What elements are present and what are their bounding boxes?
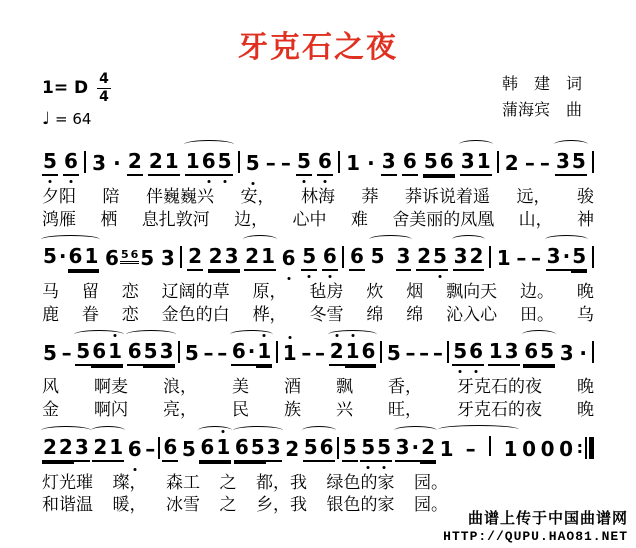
note-char: 1 — [488, 341, 504, 366]
duration-dash: – — [315, 343, 325, 366]
lyric-segment: 夕阳 — [42, 186, 76, 208]
lyric-segment: 乌 — [577, 304, 594, 326]
note-char: 5 — [75, 341, 91, 366]
octave-dot-above — [335, 334, 338, 337]
lyric-segment: 飘向天 — [446, 281, 497, 303]
tempo-value: = 64 — [55, 110, 91, 128]
note-group: 5 — [184, 343, 200, 366]
note-group: 6 — [322, 246, 338, 271]
slur-arc — [545, 235, 588, 244]
octave-dot-below — [287, 277, 290, 280]
lyric-segment: 牙克石的夜 — [457, 399, 542, 421]
duration-dash: – — [217, 343, 227, 366]
note-char: 5 — [342, 437, 358, 462]
note-group: 21 — [92, 437, 124, 462]
barline — [276, 341, 278, 363]
duration-dash: – — [516, 248, 526, 271]
lyric-segment: 金 — [42, 399, 59, 421]
page-title: 牙克石之夜 — [0, 22, 636, 66]
note-group: · — [112, 153, 122, 176]
lyric-segment: 安， — [241, 186, 275, 208]
barline — [158, 437, 160, 459]
note-char: 6 — [127, 439, 143, 462]
note-group: 1 — [282, 343, 298, 366]
duration-dash: – — [266, 153, 276, 176]
note-group: 6 — [63, 151, 79, 176]
note-char: 0 — [540, 439, 556, 462]
note-group: 561 — [75, 341, 123, 366]
note-char: 2 — [420, 437, 436, 462]
lyric-segment: 恋 — [122, 304, 139, 326]
note-group: 3 — [160, 248, 176, 271]
lyric-segment: 烟 — [406, 281, 423, 303]
lyric-segment: 和谐温 — [42, 494, 93, 516]
lyric-segment: 莽诉说着遥 — [405, 186, 490, 208]
slur-arc — [459, 140, 493, 149]
lyric-segment: 族 — [284, 399, 301, 421]
note-char: · — [112, 153, 122, 176]
note-group: 653 — [234, 437, 282, 462]
note-char: 1 — [256, 341, 272, 366]
time-signature: 4 4 — [97, 72, 111, 104]
note-char: 6 — [402, 151, 418, 176]
slur-arc — [302, 426, 336, 435]
note-group: 653 — [127, 341, 175, 366]
note-char: 5 — [184, 343, 200, 366]
lyric-segment: 桦， — [253, 304, 287, 326]
notation-row: 563·2211655––561·3656312––35 — [40, 137, 596, 186]
note-group: 165 — [185, 151, 233, 176]
octave-dot-above — [288, 336, 291, 339]
note-char: 2 — [187, 246, 203, 271]
lyric-segment: 金色的白 — [162, 304, 230, 326]
slur-arc — [243, 235, 277, 244]
note-char: 5 — [303, 437, 319, 462]
note-char: 2 — [244, 246, 260, 271]
note-group: 53 — [370, 246, 412, 271]
note-char: 6 — [68, 246, 84, 271]
note-char: 2 — [416, 246, 432, 271]
header: 1= D 4 4 ♩= 64 韩 建 词 蒲海宾 曲 — [0, 66, 636, 129]
notation-row: 5·61656532232165665325321––3·5 — [40, 232, 596, 281]
note-char: 3 — [381, 151, 397, 176]
note-char: 6 — [234, 437, 250, 462]
note-char: 5 — [301, 246, 317, 271]
slur-arc — [554, 140, 588, 149]
note-char: 3 — [395, 437, 411, 462]
note-char: 1 — [503, 439, 519, 462]
lyric-segment: 银色的家 — [327, 494, 395, 516]
note-group: 35 — [555, 151, 587, 176]
music-line: 563·2211655––561·3656312––35夕阳陪伴巍巍兴安，林海莽… — [40, 137, 596, 231]
lyric-line: 夕阳陪伴巍巍兴安，林海莽莽诉说着遥远，骏 — [40, 186, 596, 208]
note-group: · — [578, 343, 588, 366]
note-char: 3 — [224, 246, 240, 271]
lyric-segment: 陪 — [103, 186, 120, 208]
lyric-segment: 暖， — [113, 494, 147, 516]
note-char: 5 — [120, 249, 130, 262]
note-group: 65 — [523, 341, 555, 366]
octave-dot-above — [351, 334, 354, 337]
lyric-segment: 神 — [577, 209, 594, 231]
note-char: 0 — [521, 439, 537, 462]
note-group: 0 — [540, 439, 556, 462]
note-group: 5 — [42, 343, 58, 366]
slur-arc — [91, 426, 125, 435]
octave-dot-below — [383, 466, 386, 469]
lyric-segment: 风 — [42, 376, 59, 398]
slur-arc — [198, 426, 232, 435]
note-char: 3 — [555, 151, 571, 176]
music-line: 5–5616535––6·11––2165–––5613653·风啊麦浪，美酒飘… — [40, 327, 596, 421]
lyric-segment: 啊闪 — [94, 399, 128, 421]
lyric-segment: 民 — [232, 399, 249, 421]
time-signature-denominator: 4 — [99, 89, 109, 105]
note-char: 3 — [453, 246, 469, 271]
note-char: · — [366, 153, 376, 176]
note-char — [493, 453, 503, 456]
lyric-line: 灯光璀璨，森工之都，我绿色的家园。 — [40, 472, 596, 494]
lyric-segment: 骏 — [577, 186, 594, 208]
note-group: 56 — [452, 341, 484, 366]
lyric-segment: 伴巍巍兴 — [146, 186, 214, 208]
note-char: 3 — [160, 248, 176, 271]
slur-arc — [41, 426, 91, 435]
note-char: 1 — [83, 246, 99, 271]
lyric-segment: 之 — [220, 472, 237, 494]
octave-dot-below — [69, 180, 72, 183]
note-char: 5 — [42, 151, 58, 176]
lyric-segment: 辽阔的草 — [162, 281, 230, 303]
note-char: 5 — [181, 439, 197, 462]
duration-dash: – — [301, 343, 311, 366]
note-char: 6 — [201, 151, 217, 176]
credits: 韩 建 词 蒲海宾 曲 — [502, 72, 582, 125]
note-char — [477, 453, 487, 456]
note-group: 2 — [284, 439, 300, 462]
octave-dot-below — [302, 180, 305, 183]
lyric-segment: 鹿 — [42, 304, 59, 326]
octave-dot-below — [367, 466, 370, 469]
note-char: 5 — [245, 153, 261, 176]
duration-dash: – — [405, 343, 415, 366]
note-char: 5 — [539, 341, 555, 366]
note-char: 2 — [148, 151, 164, 176]
note-char: 3 — [159, 341, 175, 366]
note-char: 1 — [164, 151, 180, 176]
barline — [447, 341, 449, 363]
key-signature-block: 1= D 4 4 ♩= 64 — [42, 72, 111, 129]
lyric-segment: 原， — [253, 281, 287, 303]
note-char: 6 — [162, 437, 178, 462]
duration-dash: – — [419, 343, 429, 366]
slur-arc — [184, 140, 234, 149]
note-char: 6 — [439, 151, 455, 176]
note-char: 5 — [143, 341, 159, 366]
note-char: · — [411, 437, 421, 462]
duration-dash: – — [540, 153, 550, 176]
note-group: 6 — [281, 248, 297, 271]
note-char: 6 — [322, 246, 338, 271]
note-char: 2 — [329, 341, 345, 366]
barline — [180, 246, 182, 268]
note-char: 5 — [370, 246, 386, 269]
note-char: 5 — [571, 246, 587, 271]
note-char — [455, 453, 465, 456]
note-group: 1–1 — [439, 436, 519, 462]
octave-dot-below — [251, 182, 254, 185]
duration-dash: – — [433, 343, 443, 366]
note-group: 56 — [303, 437, 335, 462]
lyric-segment: 璨， — [113, 472, 147, 494]
octave-dot-below — [48, 180, 51, 183]
note-char: 1 — [185, 151, 201, 176]
barline — [342, 246, 344, 268]
lyric-segment: 浪， — [163, 376, 197, 398]
note-char: 1 — [282, 343, 298, 366]
lyric-segment: 啊麦 — [94, 376, 128, 398]
note-group: 5·61 — [42, 246, 99, 271]
key-signature: 1= D 4 4 — [42, 72, 111, 104]
octave-dot-below — [439, 275, 442, 278]
note-char: 6 — [199, 437, 215, 462]
note-char: 0 — [558, 439, 574, 462]
duration-dash: – — [525, 153, 535, 176]
note-char: 1 — [439, 439, 455, 462]
lyric-segment: 恋 — [122, 281, 139, 303]
lyric-segment: 炊 — [366, 281, 383, 303]
lyric-segment: 林海 — [301, 186, 335, 208]
note-group: 216 — [329, 341, 377, 366]
note-char: 3 — [546, 246, 562, 271]
note-char: 1 — [107, 341, 123, 366]
slur-arc — [438, 425, 520, 434]
note-group: 21 — [244, 246, 276, 271]
notation-row: 5–5616535––6·11––2165–––5613653· — [40, 327, 596, 376]
barline — [380, 341, 382, 363]
lyric-segment: 马 — [42, 281, 59, 303]
slur-arc — [41, 235, 100, 244]
note-group: 6 — [317, 151, 333, 176]
note-char: 5 — [139, 248, 155, 271]
note-char: 5 — [423, 151, 439, 176]
duration-dash: – — [145, 439, 155, 462]
note-group: 2 — [127, 151, 143, 176]
slur-arc — [126, 330, 176, 339]
slur-arc — [522, 330, 556, 339]
lyric-segment: 莽 — [362, 186, 379, 208]
note-char: 3 — [559, 343, 575, 366]
lyric-segment: 香， — [388, 376, 422, 398]
thin-barline — [585, 437, 587, 459]
lyric-segment: 眷 — [82, 304, 99, 326]
note-char: 6 — [231, 341, 247, 366]
score: 563·2211655––561·3656312––35夕阳陪伴巍巍兴安，林海莽… — [0, 129, 636, 517]
note-char: 5 — [571, 151, 587, 176]
note-char: 3 — [74, 437, 90, 462]
note-char: 2 — [92, 437, 108, 462]
lyric-segment: 沁入心 — [446, 304, 497, 326]
music-line: 5·61656532232165665325321––3·5马留恋辽阔的草原，毡… — [40, 232, 596, 326]
note-group: 1 — [496, 248, 512, 271]
note-group: 55 — [360, 437, 392, 462]
note-group: 13 — [488, 341, 520, 366]
composer-credit: 蒲海宾 曲 — [502, 98, 582, 124]
note-group: 0 — [558, 439, 574, 462]
note-group: 5 — [42, 151, 58, 176]
note-group: 5 — [296, 151, 312, 176]
lyric-segment: 美 — [232, 376, 249, 398]
note-char: 5 — [360, 437, 376, 462]
thick-barline — [589, 437, 594, 459]
note-char: · — [247, 341, 257, 366]
lyric-segment: 兴 — [336, 399, 353, 421]
note-group: 1 — [345, 153, 361, 176]
note-group: 6 — [349, 246, 365, 271]
note-group: 23 — [208, 246, 240, 271]
note-char: 3 — [504, 341, 520, 366]
note-char: 5 — [42, 343, 58, 366]
slur-arc — [369, 235, 413, 244]
note-char: 1 — [345, 153, 361, 176]
note-group: 21 — [148, 151, 180, 176]
quarter-note-icon: ♩ — [42, 109, 50, 129]
key-label: 1= D — [42, 78, 88, 98]
lyric-segment: 绵 — [406, 304, 423, 326]
note-char: 5 — [250, 437, 266, 462]
barline — [337, 437, 339, 459]
note-char: 3 — [460, 151, 476, 176]
note-char: 5 — [432, 246, 448, 271]
lyric-segment: 边， — [234, 209, 268, 231]
note-char: · — [58, 246, 68, 269]
note-char: 3 — [396, 246, 412, 271]
lyricist-credit: 韩 建 词 — [502, 72, 582, 98]
note-char: 3 — [266, 437, 282, 462]
note-char: 5 — [296, 151, 312, 176]
octave-dot-below — [223, 180, 226, 183]
tempo-marking: ♩= 64 — [42, 109, 111, 129]
note-group: 5 — [301, 246, 317, 271]
lyric-segment: 绵 — [366, 304, 383, 326]
sheet-music-page: 牙克石之夜 1= D 4 4 ♩= 64 韩 建 词 蒲海宾 曲 563·221… — [0, 0, 636, 548]
slur-arc — [74, 330, 124, 339]
lyric-segment: 难 — [351, 209, 368, 231]
octave-dot-above — [222, 430, 225, 433]
note-group: 61 — [199, 437, 231, 462]
note-group: 0 — [521, 439, 537, 462]
octave-dot-below — [459, 370, 462, 373]
lyric-segment: 鸿雁 — [42, 209, 76, 231]
note-group: 3 — [559, 343, 575, 366]
note-char: · — [578, 343, 588, 366]
note-group: 3 — [91, 153, 107, 176]
note-group: 6565 — [104, 248, 155, 271]
barline — [592, 341, 594, 363]
lyric-segment: 留 — [82, 281, 99, 303]
barline — [592, 151, 594, 173]
note-group: 6 — [402, 151, 418, 176]
barline — [489, 246, 491, 268]
slur-arc — [233, 426, 283, 435]
lyric-line: 金啊闪亮，民族兴旺，牙克石的夜晚 — [40, 399, 596, 421]
slur-arc — [452, 235, 486, 244]
lyric-segment: 远， — [517, 186, 551, 208]
note-group: 3·2 — [395, 437, 436, 462]
note-group: 6·1 — [231, 341, 272, 366]
barline — [489, 436, 491, 456]
note-char: 6 — [468, 341, 484, 366]
slur-arc — [230, 330, 273, 339]
note-group: 31 — [460, 151, 492, 176]
note-char: 6 — [361, 341, 377, 366]
footer-site-name: 曲谱上传于中国曲谱网 — [443, 507, 628, 528]
note-group: 6 — [127, 439, 143, 462]
note-group: 5 — [245, 153, 261, 176]
lyric-segment: 飘 — [336, 376, 353, 398]
lyric-segment: 酒 — [284, 376, 301, 398]
barline — [238, 151, 240, 173]
barline — [84, 151, 86, 173]
lyric-segment: 心中 — [293, 209, 327, 231]
note-char: 6 — [523, 341, 539, 366]
note-group: · — [366, 153, 376, 176]
note-char: 6 — [91, 341, 107, 366]
note-char: 2 — [504, 153, 520, 176]
note-group: 2 — [187, 246, 203, 271]
note-char: 2 — [127, 151, 143, 176]
lyric-segment: 山， — [519, 209, 553, 231]
lyric-segment: 冰雪 — [166, 494, 200, 516]
lyric-line: 鸿雁栖息扎敦河边，心中难舍美丽的凤凰山，神 — [40, 209, 596, 231]
note-char: 2 — [208, 246, 224, 271]
notation-row: 223216–65616532565553·21–1000: — [40, 422, 596, 472]
note-char: 3 — [91, 153, 107, 176]
note-group: 6 — [162, 437, 178, 462]
note-char — [386, 260, 396, 263]
note-char: 6 — [104, 248, 120, 271]
note-char: 6 — [317, 151, 333, 176]
footer-url: HTTP://QUPU.HAO81.NET — [443, 529, 628, 544]
barline — [592, 246, 594, 268]
note-char: 5 — [386, 343, 402, 366]
note-group: 25 — [416, 246, 448, 271]
note-char: 1 — [108, 437, 124, 462]
lyric-segment: 田。 — [520, 304, 554, 326]
lyric-segment: 冬雪 — [309, 304, 343, 326]
lyric-segment: 舍美丽的凤凰 — [392, 209, 494, 231]
note-group: 3·5 — [546, 246, 587, 271]
lyric-segment: 边。 — [520, 281, 554, 303]
note-char: 1 — [260, 246, 276, 271]
lyric-segment: 乡，我 — [256, 494, 307, 516]
note-char: – — [465, 439, 477, 462]
note-char: 2 — [42, 437, 58, 462]
note-char: 6 — [130, 249, 140, 262]
repeat-dots: : — [577, 438, 583, 457]
note-char: 1 — [496, 248, 512, 271]
lyric-segment: 旺， — [388, 399, 422, 421]
octave-dot-below — [207, 180, 210, 183]
lyric-line: 风啊麦浪，美酒飘香，牙克石的夜晚 — [40, 376, 596, 398]
note-char: · — [562, 246, 572, 271]
note-group: 5 — [181, 439, 197, 462]
barline — [497, 151, 499, 173]
octave-dot-above — [263, 334, 266, 337]
octave-dot-above — [114, 334, 117, 337]
slur-arc — [394, 426, 437, 435]
note-char: 6 — [349, 246, 365, 271]
